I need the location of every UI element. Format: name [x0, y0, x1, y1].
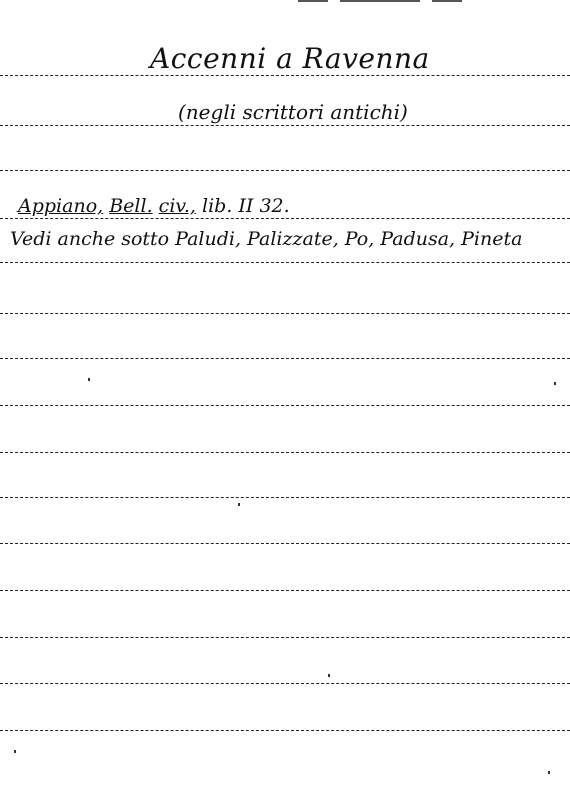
citation-work-2: civ., — [159, 195, 196, 217]
ruled-line — [0, 125, 570, 126]
card-subtitle: (negli scrittori antichi) — [178, 100, 408, 124]
top-edge-mark — [298, 0, 328, 2]
ink-speck — [238, 503, 240, 506]
ink-speck — [88, 378, 90, 381]
ruled-line — [0, 262, 570, 263]
ruled-line — [0, 218, 570, 219]
ink-speck — [328, 674, 330, 677]
ink-speck — [14, 750, 16, 753]
ruled-line — [0, 637, 570, 638]
top-edge-mark — [432, 0, 462, 2]
ruled-line — [0, 590, 570, 591]
ruled-line — [0, 452, 570, 453]
ruled-line — [0, 170, 570, 171]
ruled-line — [0, 730, 570, 731]
ruled-line — [0, 405, 570, 406]
top-edge-mark — [340, 0, 420, 2]
card-title: Accenni a Ravenna — [150, 42, 430, 75]
ink-speck — [548, 771, 550, 774]
citation-lib: lib. — [202, 195, 232, 217]
citation-work: Bell. — [109, 195, 152, 217]
ruled-line — [0, 497, 570, 498]
citation-author: Appiano, — [18, 195, 103, 217]
ruled-line — [0, 543, 570, 544]
see-also-note: Vedi anche sotto Paludi, Palizzate, Po, … — [10, 228, 522, 250]
ruled-line — [0, 75, 570, 76]
ruled-line — [0, 683, 570, 684]
ink-speck — [554, 382, 556, 385]
citation-entry: Appiano, Bell. civ., lib. II 32. — [18, 195, 290, 217]
ruled-line — [0, 313, 570, 314]
citation-ref: II 32. — [238, 195, 289, 217]
ruled-line — [0, 358, 570, 359]
